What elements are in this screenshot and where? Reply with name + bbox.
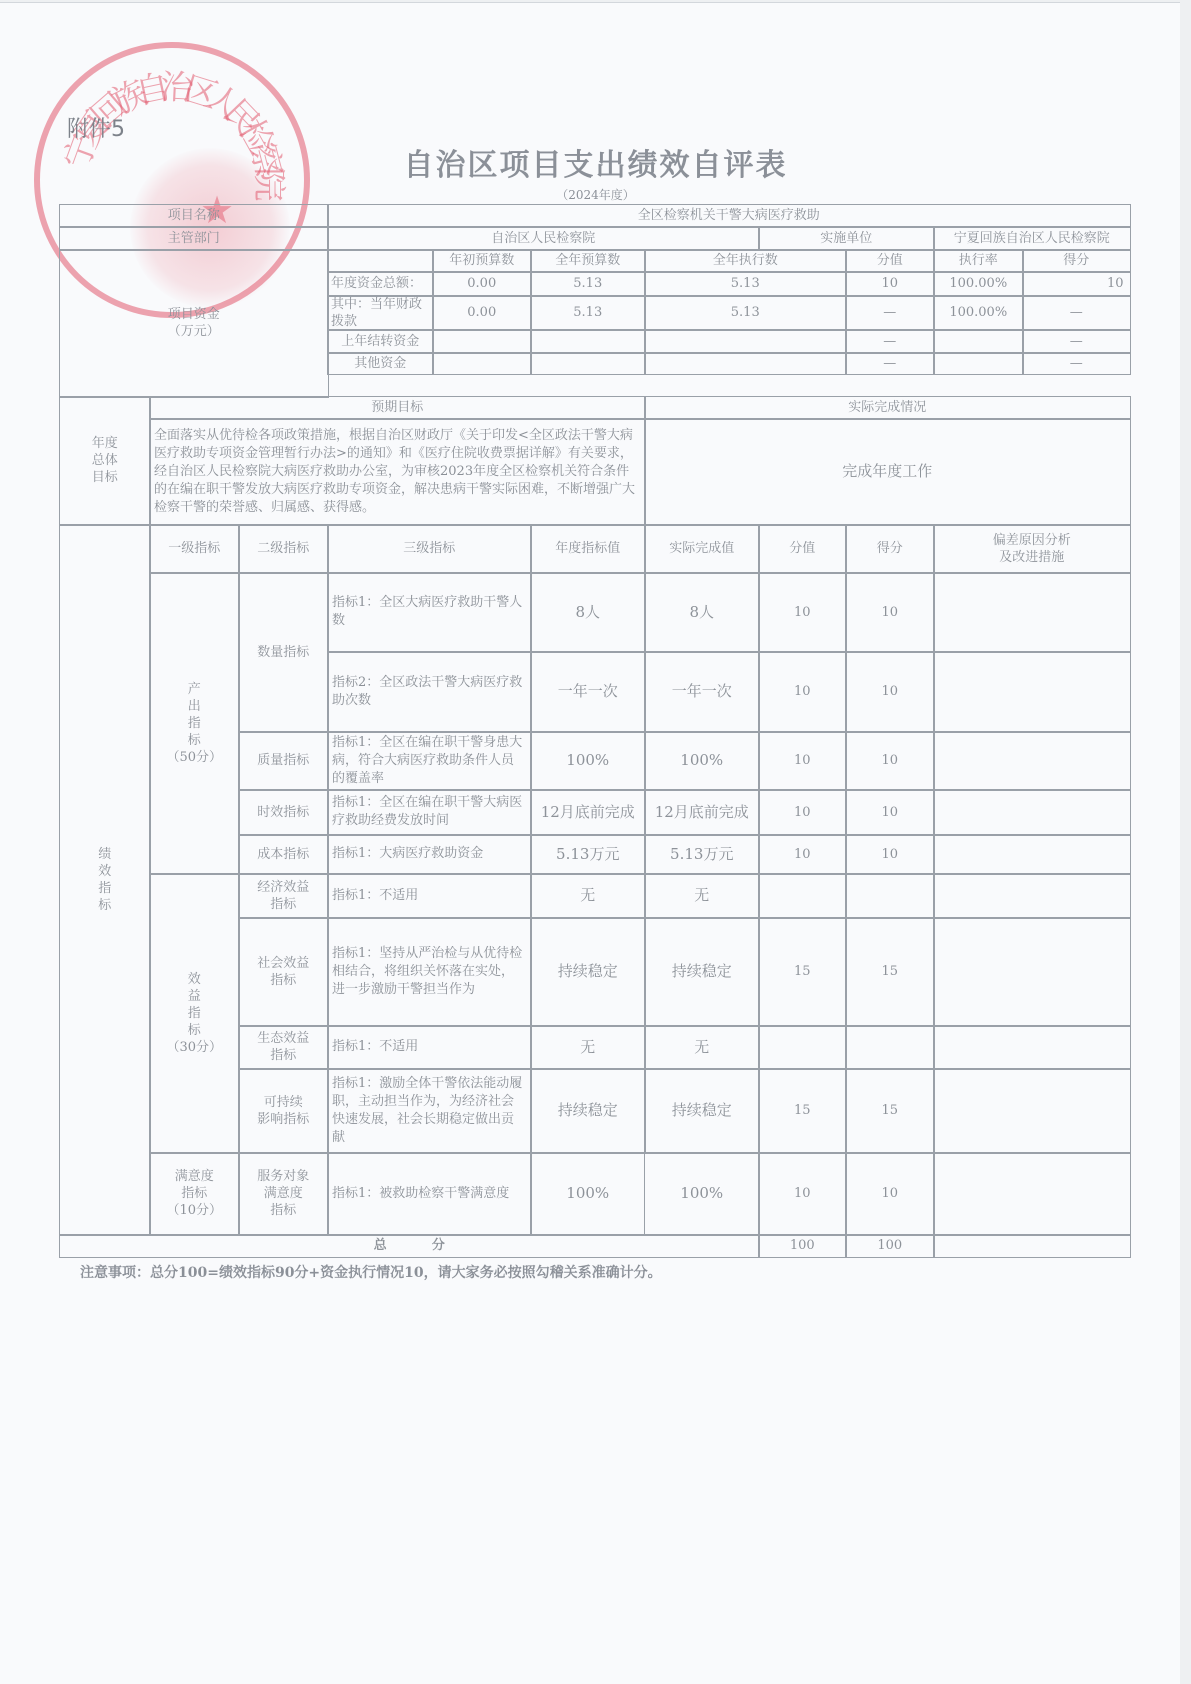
funds-annual: [530, 329, 646, 354]
funds-score: —: [1022, 329, 1131, 354]
funds-annual-text: 5.13: [573, 275, 602, 292]
funds-executed: [644, 352, 847, 375]
funds-weight: —: [845, 329, 935, 354]
target-value: 无: [530, 1025, 646, 1070]
actual-value-text: 持续稳定: [672, 963, 732, 980]
level1-output-text: 产 出 指 标 （50分）: [166, 681, 222, 766]
funds-header-rate-text: 执行率: [959, 252, 998, 269]
attachment-label: 附件5: [67, 112, 125, 143]
target-value: 无: [530, 873, 646, 919]
funds-row-label: 其他资金: [327, 352, 434, 375]
total-label-text: 总 分: [374, 1237, 445, 1254]
target-value: 12月底前完成: [530, 789, 646, 836]
total-deviation: [933, 1234, 1131, 1258]
level2-cost-text: 成本指标: [257, 846, 309, 863]
level2-economic-text: 经济效益 指标: [257, 879, 309, 913]
funds-initial: [432, 329, 532, 354]
weight-value-text: 15: [794, 1102, 811, 1119]
level2-quantity: 数量指标: [238, 572, 329, 733]
score-value-text: 10: [881, 683, 898, 700]
actual-value-text: 一年一次: [672, 683, 732, 700]
weight-value: 10: [758, 651, 847, 733]
funds-rate-text: 100.00%: [949, 275, 1007, 292]
level3-indicator-text: 指标1：被救助检察干警满意度: [332, 1185, 509, 1203]
score-value-text: 15: [881, 1102, 898, 1119]
level1-header: 一级指标: [149, 524, 240, 574]
funds-row-label-text: 上年结转资金: [341, 333, 419, 350]
level3-indicator: 指标1：全区在编在职干警大病医疗救助经费发放时间: [327, 789, 532, 836]
actual-value-text: 100%: [680, 1185, 723, 1202]
actual-value-text: 持续稳定: [672, 1102, 732, 1119]
target-value: 100%: [530, 731, 646, 791]
funds-annual: [530, 352, 646, 375]
level2-cost: 成本指标: [238, 834, 329, 875]
funds-rate: 100.00%: [933, 295, 1024, 331]
weight-value-text: 10: [794, 683, 811, 700]
score-value-text: 10: [881, 1185, 898, 1202]
level1-benefit: 效 益 指 标 （30分）: [149, 873, 240, 1154]
impl-unit-label-text: 实施单位: [820, 230, 872, 247]
footnote: 注意事项：总分100=绩效指标90分+资金执行情况10，请大家务必按照勾稽关系准…: [80, 1262, 662, 1282]
target-value-text: 一年一次: [558, 683, 618, 700]
level3-indicator-text: 指标1：全区在编在职干警大病医疗救助经费发放时间: [332, 794, 527, 830]
impl-unit-label: 实施单位: [758, 226, 935, 251]
actual-goal-text-text: 完成年度工作: [842, 463, 932, 480]
level2-header: 二级指标: [238, 524, 329, 574]
funds-header-annual: 全年预算数: [530, 249, 646, 273]
weight-value: 10: [758, 572, 847, 653]
funds-rate: 100.00%: [933, 271, 1024, 297]
funds-score-text: 10: [1107, 275, 1124, 292]
actual-goal-header: 实际完成情况: [644, 396, 1131, 420]
funds-weight-text: 10: [881, 275, 898, 292]
funds-initial-text: 0.00: [467, 275, 496, 292]
score-value-text: 10: [881, 752, 898, 769]
project-name-value-text: 全区检察机关干警大病医疗救助: [638, 207, 820, 224]
level3-indicator: 指标2：全区政法干警大病医疗救助次数: [327, 651, 532, 733]
funds-section-label: 项目资金 （万元）: [59, 249, 329, 398]
actual-header-text: 实际完成值: [669, 540, 734, 557]
score-value: [845, 1025, 935, 1070]
level2-ecological-text: 生态效益 指标: [257, 1030, 309, 1064]
impl-unit-value: 宁夏回族自治区人民检察院: [933, 226, 1131, 251]
actual-value-text: 5.13万元: [670, 846, 733, 863]
level3-indicator-text: 指标2：全区政法干警大病医疗救助次数: [332, 674, 527, 710]
funds-score: —: [1022, 295, 1131, 331]
target-value-text: 持续稳定: [558, 963, 618, 980]
funds-executed: [644, 329, 847, 354]
score-value: 10: [845, 789, 935, 836]
score-value-text: 15: [881, 963, 898, 980]
level2-social: 社会效益 指标: [238, 917, 329, 1027]
deviation-value: [933, 1068, 1131, 1154]
funds-weight-text: —: [883, 333, 896, 350]
target-header: 年度指标值: [530, 524, 646, 574]
target-value: 100%: [530, 1152, 646, 1236]
deviation-value: [933, 917, 1131, 1027]
total-weight: 100: [758, 1234, 847, 1258]
target-value-text: 12月底前完成: [541, 804, 635, 821]
target-value: 5.13万元: [530, 834, 646, 875]
score-value-text: 10: [881, 604, 898, 621]
funds-header-rate: 执行率: [933, 249, 1024, 273]
weight-value-text: 10: [794, 846, 811, 863]
funds-score: —: [1022, 352, 1131, 375]
target-value: 8人: [530, 572, 646, 653]
actual-goal-header-text: 实际完成情况: [848, 399, 926, 416]
funds-header-score-text: 得分: [1063, 252, 1089, 269]
weight-header: 分值: [758, 524, 847, 574]
funds-score-text: —: [1070, 355, 1083, 372]
actual-value: 8人: [644, 572, 760, 653]
document-subtitle: （2024年度）: [0, 186, 1191, 203]
deviation-header-text: 偏差原因分析 及改进措施: [993, 532, 1071, 566]
level1-header-text: 一级指标: [168, 540, 220, 557]
total-label: 总 分: [59, 1234, 760, 1258]
weight-value: 10: [758, 1152, 847, 1236]
level3-indicator: 指标1：全区大病医疗救助干警人数: [327, 572, 532, 653]
weight-value: 15: [758, 1068, 847, 1154]
level2-sustainable: 可持续 影响指标: [238, 1068, 329, 1154]
weight-value: 15: [758, 917, 847, 1027]
target-value: 持续稳定: [530, 917, 646, 1027]
total-weight-text: 100: [790, 1237, 815, 1254]
funds-row-label-text: 年度资金总额：: [331, 275, 422, 292]
level1-satisfaction-text: 满意度 指标 （10分）: [166, 1168, 222, 1219]
actual-goal-text: 完成年度工作: [644, 418, 1131, 526]
deviation-header: 偏差原因分析 及改进措施: [933, 524, 1131, 574]
target-value-text: 持续稳定: [558, 1102, 618, 1119]
funds-header-blank: [327, 249, 434, 273]
level2-timeliness-text: 时效指标: [257, 804, 309, 821]
score-value: [845, 873, 935, 919]
level3-indicator: 指标1：全区在编在职干警身患大病，符合大病医疗救助条件人员的覆盖率: [327, 731, 532, 791]
weight-value: 10: [758, 789, 847, 836]
actual-value: 无: [644, 873, 760, 919]
impl-unit-value-text: 宁夏回族自治区人民检察院: [954, 230, 1110, 247]
target-value: 一年一次: [530, 651, 646, 733]
deviation-value: [933, 651, 1131, 733]
funds-weight: —: [845, 295, 935, 331]
score-value-text: 10: [881, 846, 898, 863]
funds-score-text: —: [1070, 333, 1083, 350]
deviation-value: [933, 1025, 1131, 1070]
deviation-value: [933, 731, 1131, 791]
deviation-value: [933, 572, 1131, 653]
level2-header-text: 二级指标: [257, 540, 309, 557]
level2-sustainable-text: 可持续 影响指标: [257, 1094, 309, 1128]
funds-header-initial-text: 年初预算数: [449, 252, 514, 269]
expected-goal-text: 全面落实从优待检各项政策措施，根据自治区财政厅《关于印发<全区政法干警大病医疗救…: [149, 418, 646, 526]
target-value: 持续稳定: [530, 1068, 646, 1154]
level3-indicator-text: 指标1：大病医疗救助资金: [332, 845, 483, 863]
actual-value: 无: [644, 1025, 760, 1070]
score-value: 15: [845, 1068, 935, 1154]
level2-quality-text: 质量指标: [257, 752, 309, 769]
target-value-text: 无: [580, 887, 595, 904]
funds-initial: 0.00: [432, 295, 532, 331]
weight-value: 10: [758, 834, 847, 875]
expected-goal-text-text: 全面落实从优待检各项政策措施，根据自治区财政厅《关于印发<全区政法干警大病医疗救…: [154, 427, 641, 517]
deviation-value: [933, 873, 1131, 919]
weight-value-text: 10: [794, 752, 811, 769]
weight-value-text: 10: [794, 1185, 811, 1202]
level3-indicator: 指标1：被救助检察干警满意度: [327, 1152, 532, 1236]
funds-score: 10: [1022, 271, 1131, 297]
target-value-text: 8人: [575, 604, 600, 621]
funds-header-weight: 分值: [845, 249, 935, 273]
score-value: 10: [845, 731, 935, 791]
project-name-label-text: 项目名称: [168, 207, 220, 224]
level3-header-text: 三级指标: [403, 540, 455, 557]
score-header-text: 得分: [877, 540, 903, 557]
funds-row-label-text: 其中：当年财政拨款: [331, 296, 433, 330]
project-name-label: 项目名称: [59, 204, 329, 228]
level2-service-satisfaction-text: 服务对象 满意度 指标: [257, 1168, 309, 1219]
funds-header-score: 得分: [1022, 249, 1131, 273]
actual-value: 5.13万元: [644, 834, 760, 875]
weight-value: [758, 873, 847, 919]
target-value-text: 无: [580, 1039, 595, 1056]
weight-header-text: 分值: [789, 540, 815, 557]
deviation-value: [933, 1152, 1131, 1236]
target-value-text: 100%: [566, 752, 609, 769]
level3-indicator: 指标1：不适用: [327, 873, 532, 919]
funds-header-annual-text: 全年预算数: [555, 252, 620, 269]
total-score-text: 100: [877, 1237, 902, 1254]
dept-value-text: 自治区人民检察院: [491, 230, 595, 247]
funds-row-label-text: 其他资金: [354, 355, 406, 372]
score-value: 10: [845, 834, 935, 875]
level2-quantity-text: 数量指标: [257, 644, 309, 661]
weight-value: [758, 1025, 847, 1070]
funds-executed-text: 5.13: [731, 275, 760, 292]
actual-value: 100%: [644, 731, 760, 791]
funds-annual: 5.13: [530, 271, 646, 297]
funds-header-executed-text: 全年执行数: [713, 252, 778, 269]
target-header-text: 年度指标值: [555, 540, 620, 557]
level2-service-satisfaction: 服务对象 满意度 指标: [238, 1152, 329, 1236]
funds-header-initial: 年初预算数: [432, 249, 532, 273]
funds-initial-text: 0.00: [467, 304, 496, 321]
level2-social-text: 社会效益 指标: [257, 955, 309, 989]
level3-indicator: 指标1：激励全体干警依法能动履职，主动担当作为，为经济社会快速发展，社会长期稳定…: [327, 1068, 532, 1154]
funds-header-weight-text: 分值: [877, 252, 903, 269]
score-value: 15: [845, 917, 935, 1027]
actual-value: 100%: [644, 1152, 760, 1236]
total-score: 100: [845, 1234, 935, 1258]
goals-section-label: 年度 总体 目标: [59, 396, 151, 526]
document-title: 自治区项目支出绩效自评表: [0, 140, 1191, 184]
actual-header: 实际完成值: [644, 524, 760, 574]
level1-benefit-text: 效 益 指 标 （30分）: [166, 971, 222, 1056]
actual-value-text: 无: [694, 1039, 709, 1056]
actual-value-text: 8人: [689, 604, 714, 621]
level2-quality: 质量指标: [238, 731, 329, 791]
funds-initial: [432, 352, 532, 375]
target-value-text: 5.13万元: [556, 846, 619, 863]
funds-row-label: 上年结转资金: [327, 329, 434, 354]
actual-value-text: 12月底前完成: [655, 804, 749, 821]
funds-row-label: 年度资金总额：: [327, 271, 434, 297]
score-value-text: 10: [881, 804, 898, 821]
actual-value: 12月底前完成: [644, 789, 760, 836]
level1-output: 产 出 指 标 （50分）: [149, 572, 240, 875]
level3-indicator-text: 指标1：不适用: [332, 887, 418, 905]
level3-indicator-text: 指标1：全区大病医疗救助干警人数: [332, 594, 527, 630]
level3-header: 三级指标: [327, 524, 532, 574]
dept-label: 主管部门: [59, 226, 329, 251]
level1-satisfaction: 满意度 指标 （10分）: [149, 1152, 240, 1236]
level3-indicator: 指标1：坚持从严治检与从优待检相结合，将组织关怀落在实处，进一步激励干警担当作为: [327, 917, 532, 1027]
dept-value: 自治区人民检察院: [327, 226, 760, 251]
project-name-value: 全区检察机关干警大病医疗救助: [327, 204, 1131, 228]
actual-value: 一年一次: [644, 651, 760, 733]
level3-indicator: 指标1：不适用: [327, 1025, 532, 1070]
funds-initial: 0.00: [432, 271, 532, 297]
level2-economic: 经济效益 指标: [238, 873, 329, 919]
funds-score-text: —: [1070, 304, 1083, 321]
expected-goal-header-text: 预期目标: [371, 399, 423, 416]
funds-weight-text: —: [883, 304, 896, 321]
weight-value-text: 10: [794, 604, 811, 621]
actual-value: 持续稳定: [644, 1068, 760, 1154]
actual-value-text: 无: [694, 887, 709, 904]
dept-label-text: 主管部门: [168, 230, 220, 247]
funds-weight-text: —: [883, 355, 896, 372]
funds-header-executed: 全年执行数: [644, 249, 847, 273]
funds-executed: 5.13: [644, 295, 847, 331]
level3-indicator-text: 指标1：坚持从严治检与从优待检相结合，将组织关怀落在实处，进一步激励干警担当作为: [332, 945, 527, 999]
level3-indicator: 指标1：大病医疗救助资金: [327, 834, 532, 875]
weight-value-text: 15: [794, 963, 811, 980]
target-value-text: 100%: [566, 1185, 609, 1202]
funds-rate: [933, 329, 1024, 354]
level2-timeliness: 时效指标: [238, 789, 329, 836]
level3-indicator-text: 指标1：激励全体干警依法能动履职，主动担当作为，为经济社会快速发展，社会长期稳定…: [332, 1075, 527, 1147]
expected-goal-header: 预期目标: [149, 396, 646, 420]
funds-executed-text: 5.13: [731, 304, 760, 321]
score-value: 10: [845, 1152, 935, 1236]
funds-executed: 5.13: [644, 271, 847, 297]
weight-value: 10: [758, 731, 847, 791]
deviation-value: [933, 834, 1131, 875]
deviation-value: [933, 789, 1131, 836]
funds-weight: —: [845, 352, 935, 375]
actual-value-text: 100%: [680, 752, 723, 769]
level3-indicator-text: 指标1：全区在编在职干警身患大病，符合大病医疗救助条件人员的覆盖率: [332, 734, 527, 788]
funds-annual-text: 5.13: [573, 304, 602, 321]
funds-row-label: 其中：当年财政拨款: [327, 295, 434, 331]
funds-weight: 10: [845, 271, 935, 297]
indicators-section-label: 绩 效 指 标: [59, 524, 151, 1236]
indicators-section-label-text: 绩 效 指 标: [98, 846, 111, 914]
score-value: 10: [845, 572, 935, 653]
level2-ecological: 生态效益 指标: [238, 1025, 329, 1070]
actual-value: 持续稳定: [644, 917, 760, 1027]
goals-section-label-text: 年度 总体 目标: [92, 435, 118, 486]
score-value: 10: [845, 651, 935, 733]
funds-annual: 5.13: [530, 295, 646, 331]
funds-rate: [933, 352, 1024, 375]
level3-indicator-text: 指标1：不适用: [332, 1038, 418, 1056]
score-header: 得分: [845, 524, 935, 574]
funds-section-label-text: 项目资金 （万元）: [168, 306, 220, 340]
funds-rate-text: 100.00%: [949, 304, 1007, 321]
weight-value-text: 10: [794, 804, 811, 821]
